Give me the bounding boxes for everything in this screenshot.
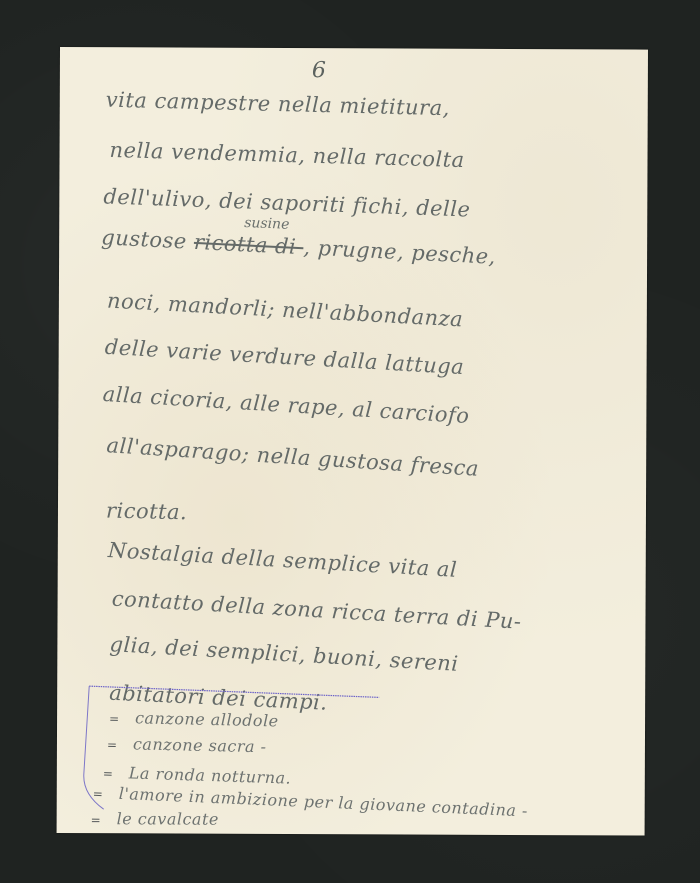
struck-text: ricotta di	[193, 230, 304, 259]
ditto-mark: =	[103, 767, 117, 781]
line4-end: , prugne, pesche,	[303, 235, 497, 269]
note-item-5: =le cavalcate	[91, 809, 219, 829]
text-line-7: alla cicoria, alle rape, al carciofo	[102, 382, 470, 428]
text-line-5: noci, mandorli; nell'abbondanza	[106, 289, 463, 332]
note-item-1: =canzone allodole	[109, 708, 279, 731]
text-line-8: all'asparago; nella gustosa fresca	[106, 433, 480, 481]
page-number: 6	[312, 58, 326, 83]
text-line-6: delle varie verdure dalla lattuga	[104, 335, 465, 379]
ditto-mark: =	[107, 738, 121, 752]
text-line-1: vita campestre nella mietitura,	[106, 88, 451, 121]
text-line-4: gustose ricotta di , prugne, pesche,	[101, 225, 497, 269]
ditto-mark: =	[93, 787, 108, 802]
text-line-11: contatto della zona ricca terra di Pu-	[111, 587, 522, 634]
text-line-9: ricotta.	[106, 498, 188, 524]
text-line-12: glia, dei semplici, buoni, sereni	[109, 632, 459, 676]
text-line-2: nella vendemmia, nella raccolta	[109, 138, 465, 172]
ditto-mark: =	[91, 813, 105, 827]
note-item-2: =canzone sacra -	[107, 734, 267, 756]
inserted-word: susine	[244, 215, 290, 233]
text-line-10: Nostalgia della semplice vita al	[107, 538, 457, 582]
manuscript-page: 6 vita campestre nella mietitura, nella …	[57, 47, 648, 836]
ditto-mark: =	[109, 712, 123, 726]
line4-start: gustose	[101, 225, 195, 254]
